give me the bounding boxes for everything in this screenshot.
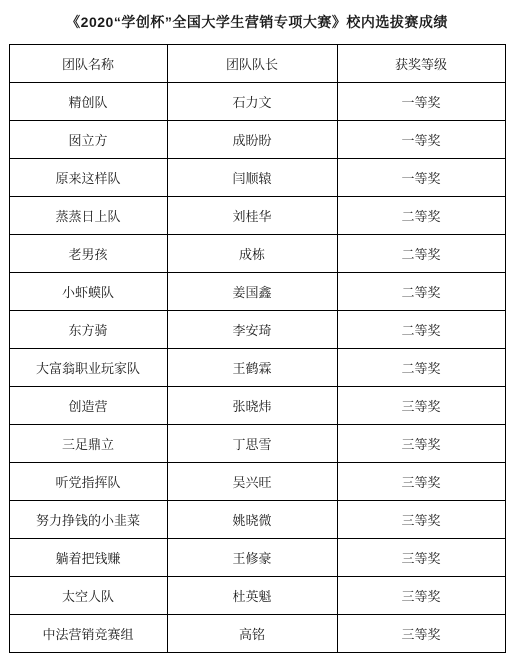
table-cell-award-level: 二等奖 xyxy=(337,311,505,349)
table-row: 老男孩成栋二等奖 xyxy=(9,235,505,273)
table-cell-team-name: 躺着把钱赚 xyxy=(9,539,167,577)
table-cell-team-captain: 高铭 xyxy=(167,615,337,653)
table-cell-team-name: 小虾蟆队 xyxy=(9,273,167,311)
table-cell-team-name: 太空人队 xyxy=(9,577,167,615)
table-row: 东方骑李安琦二等奖 xyxy=(9,311,505,349)
table-row: 大富翁职业玩家队王鹤霖二等奖 xyxy=(9,349,505,387)
table-cell-award-level: 三等奖 xyxy=(337,387,505,425)
table-cell-award-level: 三等奖 xyxy=(337,615,505,653)
table-row: 听党指挥队吴兴旺三等奖 xyxy=(9,463,505,501)
table-cell-team-name: 努力挣钱的小韭菜 xyxy=(9,501,167,539)
table-cell-team-name: 创造营 xyxy=(9,387,167,425)
table-cell-team-captain: 成盼盼 xyxy=(167,121,337,159)
table-row: 蒸蒸日上队刘桂华二等奖 xyxy=(9,197,505,235)
table-cell-award-level: 一等奖 xyxy=(337,159,505,197)
table-cell-award-level: 一等奖 xyxy=(337,83,505,121)
table-cell-award-level: 二等奖 xyxy=(337,197,505,235)
table-row: 创造营张晓炜三等奖 xyxy=(9,387,505,425)
table-row: 囡立方成盼盼一等奖 xyxy=(9,121,505,159)
column-header-team-name: 团队名称 xyxy=(9,45,167,83)
table-row: 三足鼎立丁思雪三等奖 xyxy=(9,425,505,463)
table-cell-award-level: 二等奖 xyxy=(337,349,505,387)
header-row: 团队名称 团队队长 获奖等级 xyxy=(9,45,505,83)
table-row: 小虾蟆队姜国鑫二等奖 xyxy=(9,273,505,311)
table-cell-team-captain: 吴兴旺 xyxy=(167,463,337,501)
column-header-award-level: 获奖等级 xyxy=(337,45,505,83)
table-cell-team-captain: 刘桂华 xyxy=(167,197,337,235)
table-cell-team-captain: 王鹤霖 xyxy=(167,349,337,387)
table-cell-team-captain: 张晓炜 xyxy=(167,387,337,425)
table-row: 原来这样队闫顺辕一等奖 xyxy=(9,159,505,197)
table-row: 中法营销竞赛组高铭三等奖 xyxy=(9,615,505,653)
table-cell-team-name: 蒸蒸日上队 xyxy=(9,197,167,235)
table-cell-award-level: 二等奖 xyxy=(337,273,505,311)
table-cell-award-level: 二等奖 xyxy=(337,235,505,273)
table-row: 太空人队杜英魁三等奖 xyxy=(9,577,505,615)
table-row: 躺着把钱赚王修豪三等奖 xyxy=(9,539,505,577)
table-cell-team-name: 精创队 xyxy=(9,83,167,121)
table-cell-award-level: 三等奖 xyxy=(337,577,505,615)
table-cell-award-level: 三等奖 xyxy=(337,539,505,577)
table-cell-team-name: 大富翁职业玩家队 xyxy=(9,349,167,387)
column-header-team-captain: 团队队长 xyxy=(167,45,337,83)
table-cell-team-name: 中法营销竞赛组 xyxy=(9,615,167,653)
table-cell-team-name: 老男孩 xyxy=(9,235,167,273)
table-cell-team-captain: 成栋 xyxy=(167,235,337,273)
table-cell-team-captain: 闫顺辕 xyxy=(167,159,337,197)
table-cell-team-captain: 丁思雪 xyxy=(167,425,337,463)
page-title: 《2020“学创杯”全国大学生营销专项大赛》校内选拔赛成绩 xyxy=(0,0,514,32)
table-cell-team-captain: 杜英魁 xyxy=(167,577,337,615)
table-cell-team-name: 囡立方 xyxy=(9,121,167,159)
table-row: 努力挣钱的小韭菜姚晓微三等奖 xyxy=(9,501,505,539)
document-page: 《2020“学创杯”全国大学生营销专项大赛》校内选拔赛成绩 团队名称 团队队长 … xyxy=(0,0,514,664)
table-cell-award-level: 三等奖 xyxy=(337,425,505,463)
results-table-body: 精创队石力文一等奖囡立方成盼盼一等奖原来这样队闫顺辕一等奖蒸蒸日上队刘桂华二等奖… xyxy=(9,83,505,653)
results-table: 团队名称 团队队长 获奖等级 精创队石力文一等奖囡立方成盼盼一等奖原来这样队闫顺… xyxy=(9,44,506,653)
table-cell-award-level: 一等奖 xyxy=(337,121,505,159)
table-cell-team-captain: 王修豪 xyxy=(167,539,337,577)
table-cell-award-level: 三等奖 xyxy=(337,501,505,539)
table-cell-team-captain: 姚晓微 xyxy=(167,501,337,539)
table-row: 精创队石力文一等奖 xyxy=(9,83,505,121)
table-cell-award-level: 三等奖 xyxy=(337,463,505,501)
table-cell-team-captain: 石力文 xyxy=(167,83,337,121)
table-cell-team-captain: 李安琦 xyxy=(167,311,337,349)
table-cell-team-name: 东方骑 xyxy=(9,311,167,349)
table-cell-team-name: 三足鼎立 xyxy=(9,425,167,463)
table-cell-team-name: 听党指挥队 xyxy=(9,463,167,501)
table-cell-team-captain: 姜国鑫 xyxy=(167,273,337,311)
table-cell-team-name: 原来这样队 xyxy=(9,159,167,197)
